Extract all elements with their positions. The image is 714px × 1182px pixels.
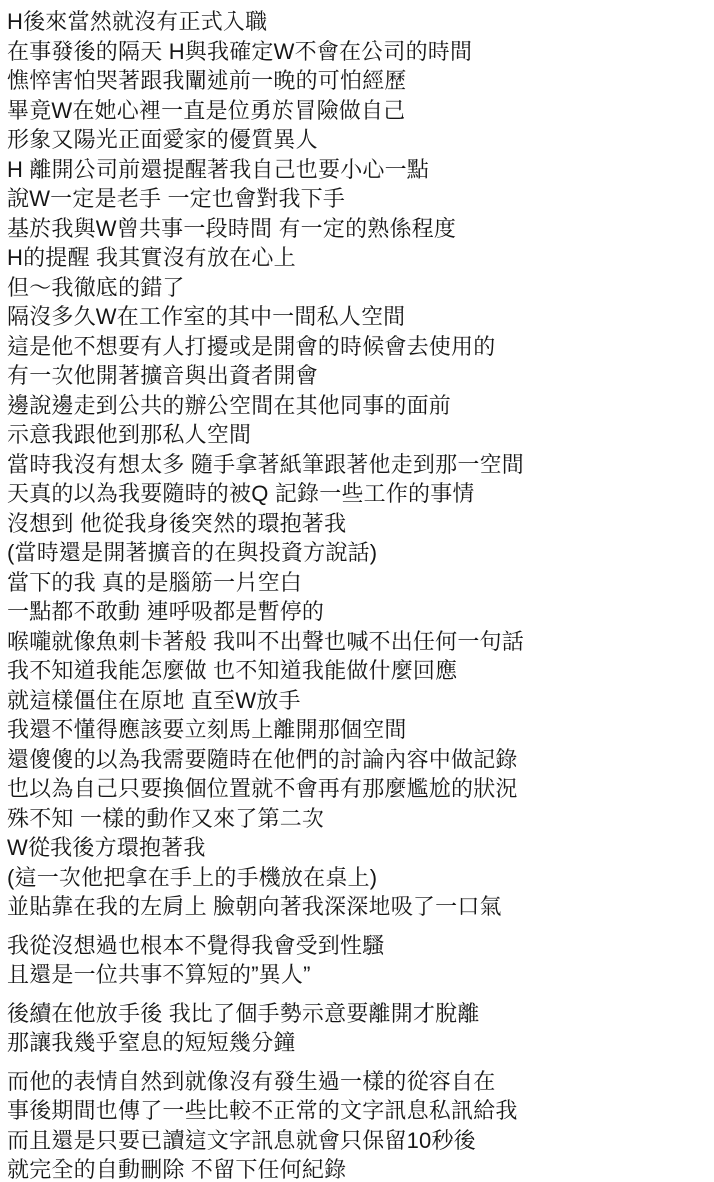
text-line: 當時我沒有想太多 隨手拿著紙筆跟著他走到那一空間 (7, 450, 708, 480)
text-line: 事後期間也傳了一些比較不正常的文字訊息私訊給我 (7, 1096, 708, 1126)
text-line: 形象又陽光正面愛家的優質異人 (7, 125, 708, 155)
text-line: 我還不懂得應該要立刻馬上離開那個空間 (7, 715, 708, 745)
text-line: 且還是一位共事不算短的”異人” (7, 960, 708, 990)
text-line: 憔悴害怕哭著跟我闡述前一晚的可怕經歷 (7, 66, 708, 96)
text-line: W從我後方環抱著我 (7, 833, 708, 863)
text-line: 還傻傻的以為我需要隨時在他們的討論內容中做記錄 (7, 745, 708, 775)
text-line: 而他的表情自然到就像沒有發生過一樣的從容自在 (7, 1067, 708, 1097)
text-line: 就完全的自動刪除 不留下任何紀錄 (7, 1155, 708, 1182)
text-line: 後續在他放手後 我比了個手勢示意要離開才脫離 (7, 999, 708, 1029)
text-line: 但～我徹底的錯了 (7, 273, 708, 303)
text-line: 就這樣僵住在原地 直至W放手 (7, 686, 708, 716)
paragraph-escape: 後續在他放手後 我比了個手勢示意要離開才脫離 那讓我幾乎窒息的短短幾分鐘 (7, 999, 708, 1058)
text-line: 那讓我幾乎窒息的短短幾分鐘 (7, 1028, 708, 1058)
text-line: 示意我跟他到那私人空間 (7, 420, 708, 450)
text-line: 喉嚨就像魚刺卡著般 我叫不出聲也喊不出任何一句話 (7, 627, 708, 657)
text-line: 我從沒想過也根本不覺得我會受到性騷 (7, 931, 708, 961)
text-line: 這是他不想要有人打擾或是開會的時候會去使用的 (7, 332, 708, 362)
paragraph-incident: H後來當然就沒有正式入職 在事發後的隔天 H與我確定W不會在公司的時間 憔悴害怕… (7, 7, 708, 922)
text-line: 有一次他開著擴音與出資者開會 (7, 361, 708, 391)
text-line: 說W一定是老手 一定也會對我下手 (7, 184, 708, 214)
paragraph-realization: 我從沒想過也根本不覺得我會受到性騷 且還是一位共事不算短的”異人” (7, 931, 708, 990)
text-line: 當下的我 真的是腦筋一片空白 (7, 568, 708, 598)
text-line: 我不知道我能怎麼做 也不知道我能做什麼回應 (7, 656, 708, 686)
text-line: 殊不知 一樣的動作又來了第二次 (7, 804, 708, 834)
text-line: H後來當然就沒有正式入職 (7, 7, 708, 37)
text-line: 一點都不敢動 連呼吸都是暫停的 (7, 597, 708, 627)
paragraph-aftermath: 而他的表情自然到就像沒有發生過一樣的從容自在 事後期間也傳了一些比較不正常的文字… (7, 1067, 708, 1182)
text-line: 在事發後的隔天 H與我確定W不會在公司的時間 (7, 37, 708, 67)
text-line: H的提醒 我其實沒有放在心上 (7, 243, 708, 273)
text-line: 沒想到 他從我身後突然的環抱著我 (7, 509, 708, 539)
text-line: (這一次他把拿在手上的手機放在桌上) (7, 863, 708, 893)
text-line: 畢竟W在她心裡一直是位勇於冒險做自己 (7, 96, 708, 126)
text-line: 也以為自己只要換個位置就不會再有那麼尷尬的狀況 (7, 774, 708, 804)
text-line: 基於我與W曾共事一段時間 有一定的熟係程度 (7, 214, 708, 244)
text-line: 天真的以為我要隨時的被Q 記錄一些工作的事情 (7, 479, 708, 509)
text-line: 並貼靠在我的左肩上 臉朝向著我深深地吸了一口氣 (7, 892, 708, 922)
text-line: H 離開公司前還提醒著我自己也要小心一點 (7, 155, 708, 185)
text-document: H後來當然就沒有正式入職 在事發後的隔天 H與我確定W不會在公司的時間 憔悴害怕… (0, 0, 714, 1182)
text-line: 邊說邊走到公共的辦公空間在其他同事的面前 (7, 391, 708, 421)
text-line: 而且還是只要已讀這文字訊息就會只保留10秒後 (7, 1126, 708, 1156)
text-line: (當時還是開著擴音的在與投資方說話) (7, 538, 708, 568)
text-line: 隔沒多久W在工作室的其中一間私人空間 (7, 302, 708, 332)
